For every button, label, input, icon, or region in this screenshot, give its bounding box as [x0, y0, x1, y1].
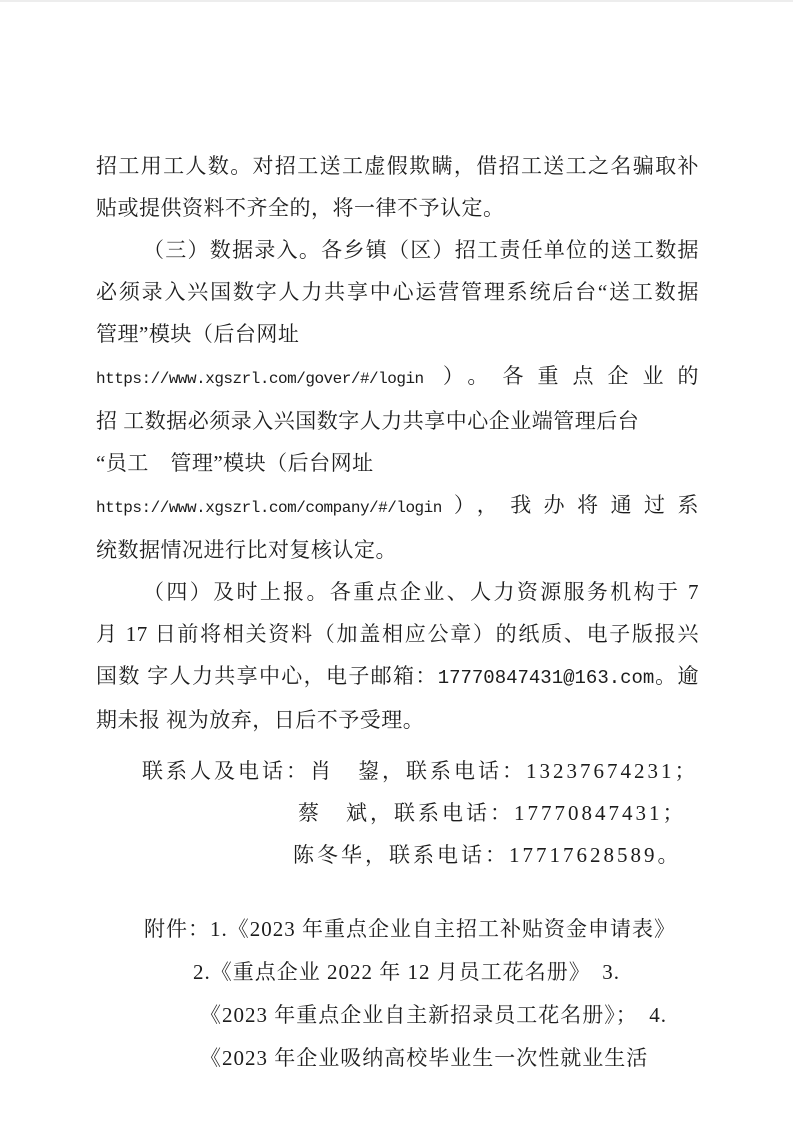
text-line: 贴或提供资料不齐全的，将一律不予认定。 [96, 187, 699, 229]
text-line: 月 17 日前将相关资料（加盖相应公章）的纸质、电子版报兴 [96, 613, 699, 655]
body-text-block: 招工用工人数。对招工送工虚假欺瞒，借招工送工之名骗取补贴或提供资料不齐全的，将一… [96, 145, 699, 741]
text-line: 管理”模块（后台网址 [96, 313, 699, 355]
text-line: 2.《重点企业 2022 年 12 月员工花名册》 3. [96, 951, 699, 994]
document-content: 招工用工人数。对招工送工虚假欺瞒，借招工送工之名骗取补贴或提供资料不齐全的，将一… [96, 145, 699, 1080]
text-line: 招工用工人数。对招工送工虚假欺瞒，借招工送工之名骗取补 [96, 145, 699, 187]
text-line: 必须录入兴国数字人力共享中心运营管理系统后台“送工数据 [96, 271, 699, 313]
email-text: 17770847431@163.com [438, 667, 655, 689]
text-line: 《2023 年重点企业自主新招录员工花名册》； 4. [96, 994, 699, 1037]
text-run: 。逾 [654, 664, 699, 688]
text-line: （四）及时上报。各重点企业、人力资源服务机构于 7 [96, 571, 699, 613]
text-line: 期未报 视为放弃，日后不予受理。 [96, 699, 699, 741]
scan-edge-artifact [0, 0, 793, 2]
text-line: 国数 字人力共享中心，电子邮箱：17770847431@163.com。逾 [96, 655, 699, 699]
text-line: https://www.xgszrl.com/company/#/login），… [96, 484, 699, 529]
text-line: （三）数据录入。各乡镇（区）招工责任单位的送工数据 [96, 229, 699, 271]
text-line: 招 工数据必须录入兴国数字人力共享中心企业端管理后台 [96, 400, 699, 442]
attachments-block: 附件：1.《2023 年重点企业自主招工补贴资金申请表》2.《重点企业 2022… [96, 908, 699, 1080]
text-line: 附件：1.《2023 年重点企业自主招工补贴资金申请表》 [96, 908, 699, 951]
text-line: 《2023 年企业吸纳高校毕业生一次性就业生活 [96, 1037, 699, 1080]
text-run: ）。各重点企业的 [424, 364, 699, 388]
text-line: 陈冬华，联系电话：17717628589。 [96, 834, 699, 876]
text-line: 蔡 斌，联系电话：17770847431； [96, 792, 699, 834]
url-text: https://www.xgszrl.com/gover/#/login [96, 370, 424, 388]
text-line: 统数据情况进行比对复核认定。 [96, 529, 699, 571]
text-line: “员工 管理”模块（后台网址 [96, 442, 699, 484]
url-text: https://www.xgszrl.com/company/#/login [96, 499, 442, 517]
document-page: 招工用工人数。对招工送工虚假欺瞒，借招工送工之名骗取补贴或提供资料不齐全的，将一… [0, 0, 793, 1122]
text-run: 国数 字人力共享中心，电子邮箱： [96, 664, 438, 688]
text-run: ），我办将通过系 [442, 493, 699, 517]
contacts-block: 联系人及电话：肖 鋆，联系电话：13237674231；蔡 斌，联系电话：177… [96, 750, 699, 876]
text-line: 联系人及电话：肖 鋆，联系电话：13237674231； [96, 750, 699, 792]
text-line: https://www.xgszrl.com/gover/#/login ）。各… [96, 355, 699, 400]
